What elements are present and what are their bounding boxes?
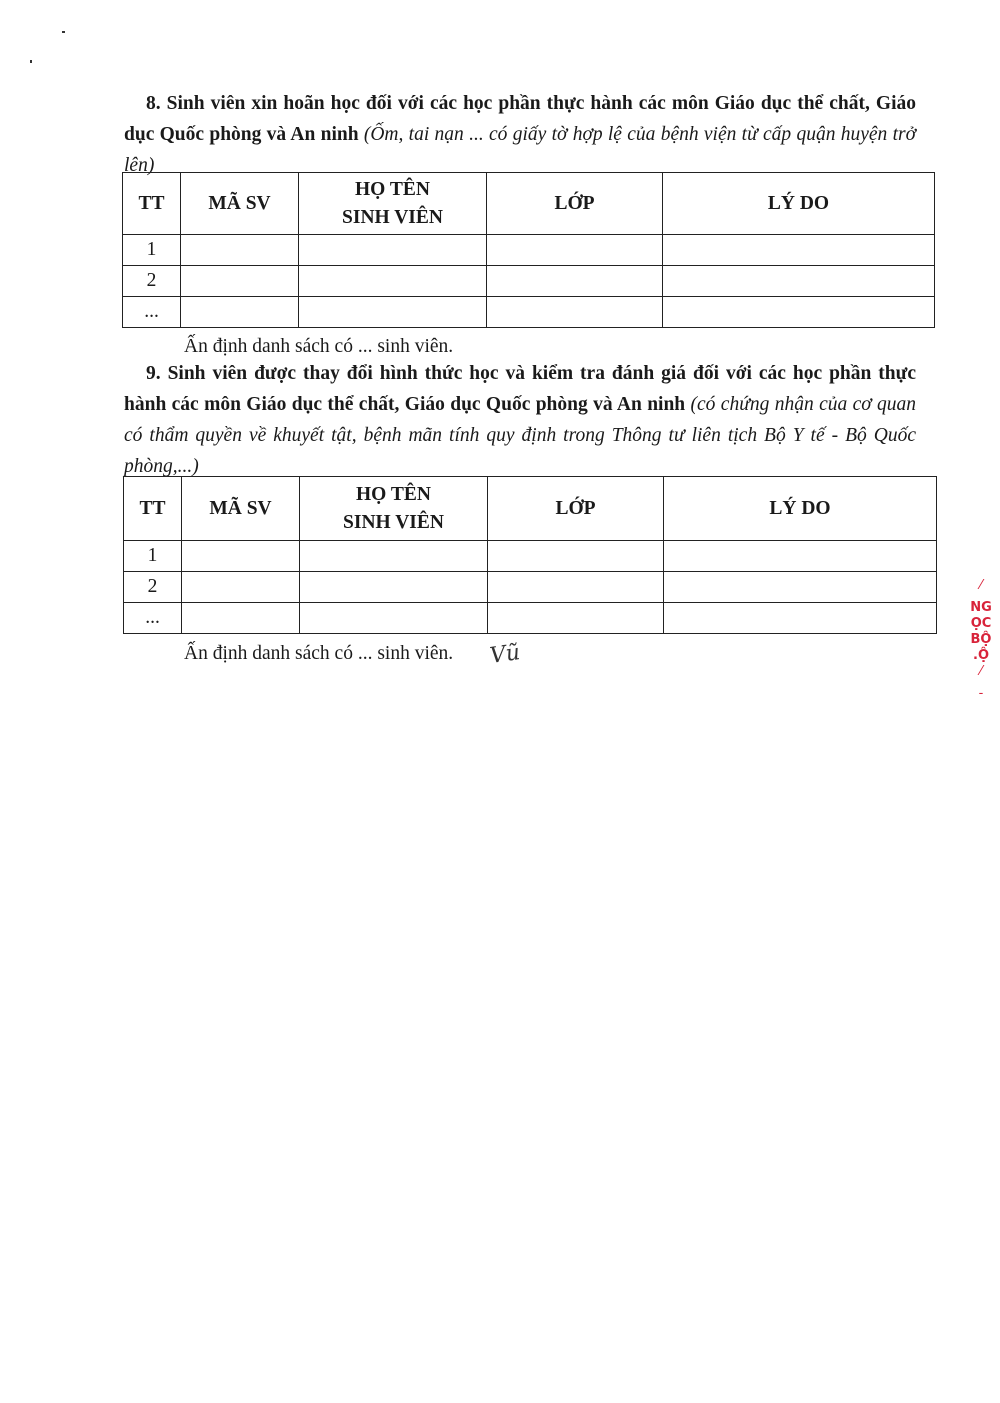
table-header-row: TT MÃ SV HỌ TÊN SINH VIÊN LỚP LÝ DO <box>124 477 937 541</box>
cell-tt: 1 <box>124 541 182 572</box>
col-header-full-name: HỌ TÊN SINH VIÊN <box>300 477 488 541</box>
cell-full-name <box>300 572 488 603</box>
cell-reason <box>664 603 937 634</box>
cell-reason <box>663 266 935 297</box>
cell-student-id <box>181 235 299 266</box>
cell-tt: 2 <box>123 266 181 297</box>
section-8-heading: 8. Sinh viên xin hoãn học đối với các họ… <box>124 88 916 181</box>
table-row: ... <box>123 297 935 328</box>
cell-reason <box>663 235 935 266</box>
col-header-reason: LÝ DO <box>664 477 937 541</box>
col-header-reason: LÝ DO <box>663 173 935 235</box>
section-9-heading: 9. Sinh viên được thay đổi hình thức học… <box>124 358 916 482</box>
scan-speck <box>30 60 32 63</box>
section-9-table: TT MÃ SV HỌ TÊN SINH VIÊN LỚP LÝ DO 1 2 … <box>123 476 937 634</box>
cell-student-id <box>181 297 299 328</box>
cell-class <box>488 572 664 603</box>
cell-student-id <box>182 572 300 603</box>
stamp-text-line: ỌC <box>966 616 996 632</box>
table-row: ... <box>124 603 937 634</box>
official-stamp-fragment: ⁄ NG ỌC BỘ .Ộ ⁄ - <box>966 578 996 708</box>
col-header-tt: TT <box>124 477 182 541</box>
cell-class <box>488 541 664 572</box>
cell-full-name <box>300 541 488 572</box>
table-row: 2 <box>124 572 937 603</box>
col-header-class: LỚP <box>487 173 663 235</box>
stamp-text-line: BỘ <box>966 632 996 648</box>
cell-student-id <box>182 541 300 572</box>
cell-tt: ... <box>123 297 181 328</box>
cell-reason <box>664 541 937 572</box>
cell-tt: 1 <box>123 235 181 266</box>
table-row: 1 <box>124 541 937 572</box>
cell-full-name <box>299 235 487 266</box>
cell-class <box>487 297 663 328</box>
table-row: 1 <box>123 235 935 266</box>
col-header-class: LỚP <box>488 477 664 541</box>
col-header-student-id: MÃ SV <box>181 173 299 235</box>
stamp-border-mark: - <box>966 686 996 708</box>
col-header-tt: TT <box>123 173 181 235</box>
cell-tt: ... <box>124 603 182 634</box>
col-header-full-name: HỌ TÊN SINH VIÊN <box>299 173 487 235</box>
cell-tt: 2 <box>124 572 182 603</box>
handwritten-initials: Vũ <box>488 640 521 669</box>
cell-class <box>487 266 663 297</box>
table-row: 2 <box>123 266 935 297</box>
stamp-border-mark: ⁄ <box>966 578 996 600</box>
cell-student-id <box>181 266 299 297</box>
stamp-text-line: NG <box>966 600 996 616</box>
cell-full-name <box>299 297 487 328</box>
cell-reason <box>664 572 937 603</box>
cell-class <box>487 235 663 266</box>
scan-speck <box>62 31 65 33</box>
cell-class <box>488 603 664 634</box>
cell-student-id <box>182 603 300 634</box>
section-9-count-note: Ấn định danh sách có ... sinh viên. <box>184 642 453 666</box>
cell-full-name <box>300 603 488 634</box>
stamp-border-mark: ⁄ <box>966 664 996 686</box>
table-header-row: TT MÃ SV HỌ TÊN SINH VIÊN LỚP LÝ DO <box>123 173 935 235</box>
col-header-student-id: MÃ SV <box>182 477 300 541</box>
cell-reason <box>663 297 935 328</box>
stamp-text-line: .Ộ <box>966 648 996 664</box>
cell-full-name <box>299 266 487 297</box>
section-8-count-note: Ấn định danh sách có ... sinh viên. <box>184 335 453 359</box>
section-8-table: TT MÃ SV HỌ TÊN SINH VIÊN LỚP LÝ DO 1 2 … <box>122 172 935 328</box>
